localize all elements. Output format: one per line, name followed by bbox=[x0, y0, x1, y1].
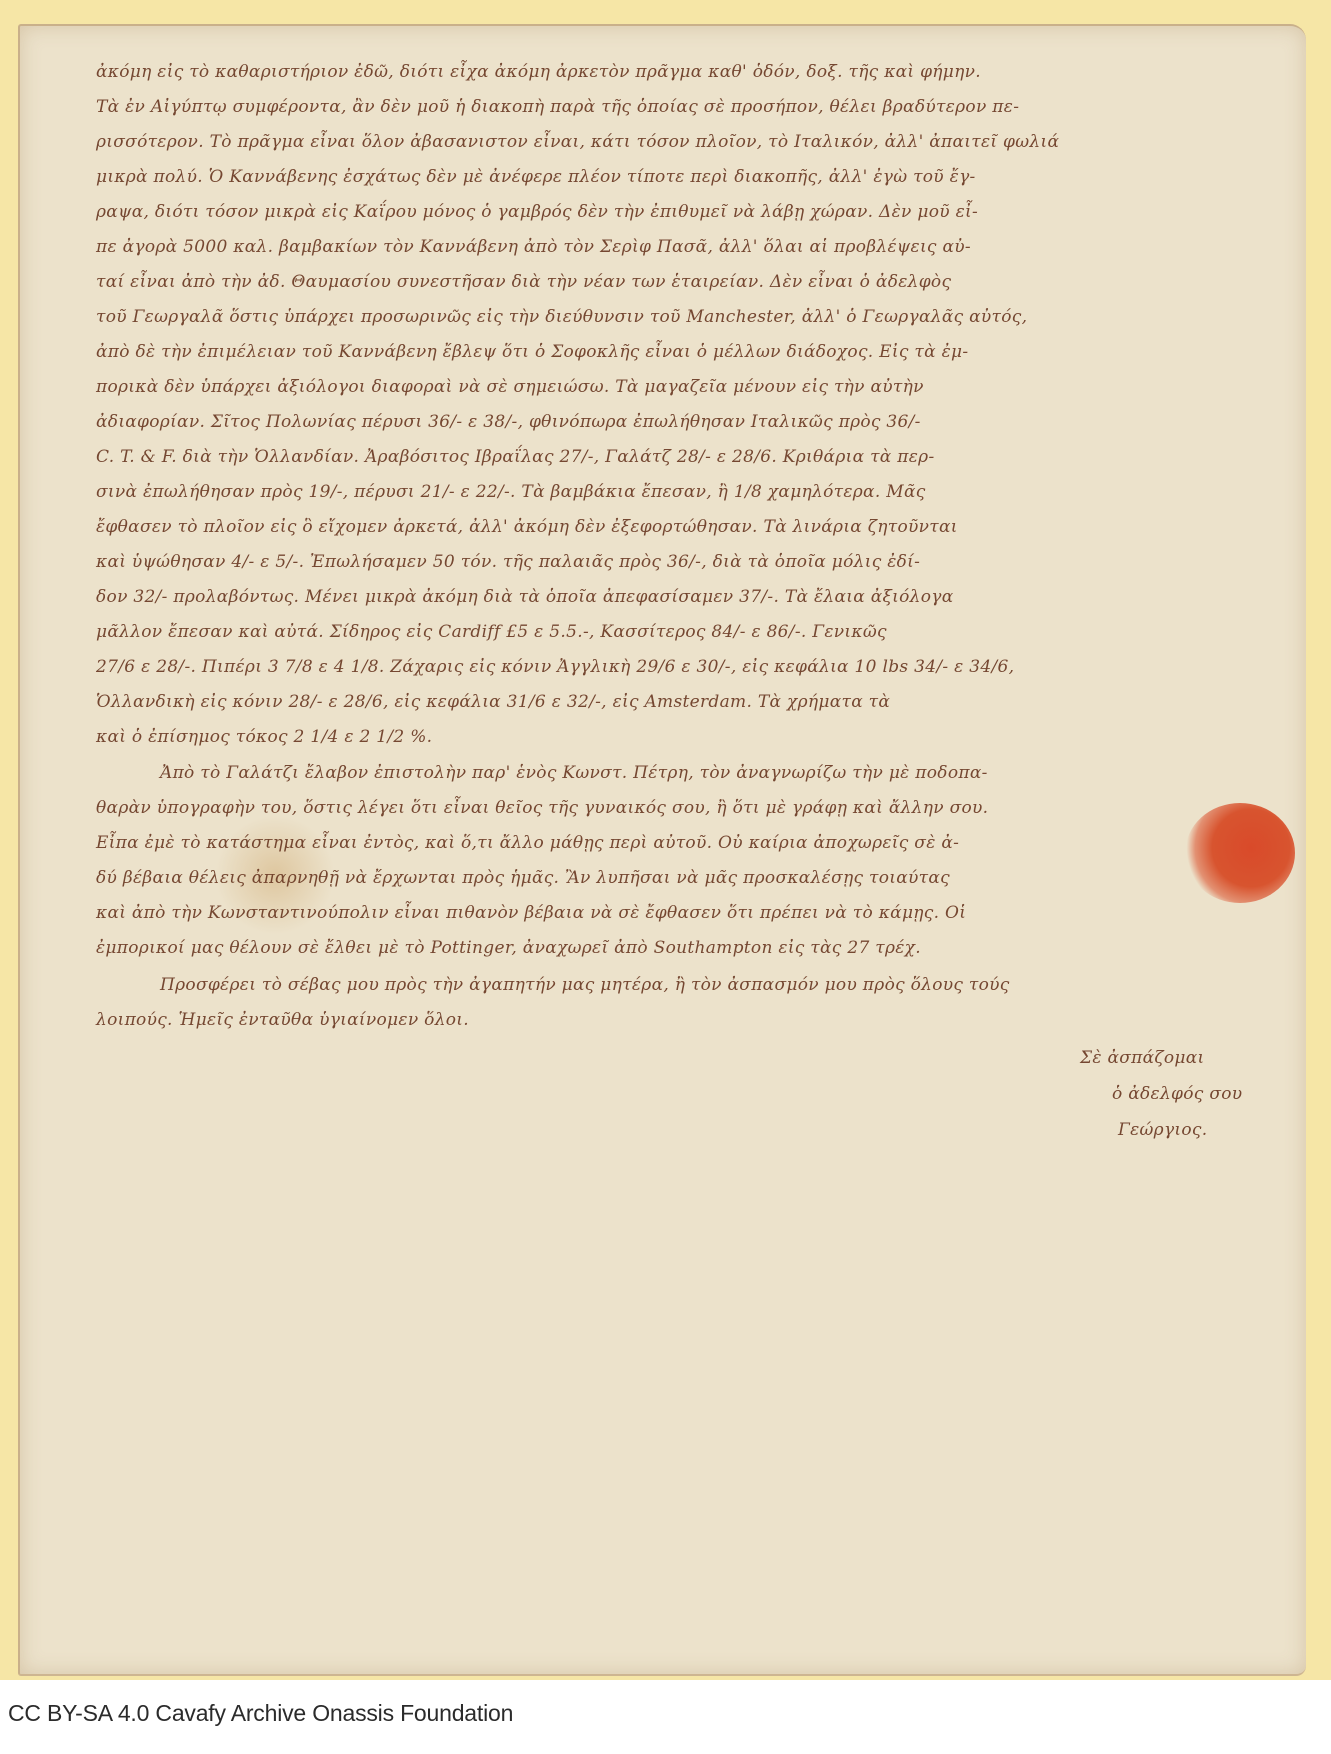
manuscript-line: μᾶλλον ἔπεσαν καὶ αὐτά. Σίδηρος εἰς Card… bbox=[96, 622, 887, 642]
red-wax-seal-mark bbox=[1185, 803, 1295, 903]
manuscript-line: ἀκόμη εἰς τὸ καθαριστήριον ἐδῶ, διότι εἶ… bbox=[96, 62, 981, 82]
license-credit: CC BY-SA 4.0 Cavafy Archive Onassis Foun… bbox=[8, 1700, 513, 1727]
manuscript-line: ραψα, διότι τόσον μικρὰ εἰς Καΐρου μόνος… bbox=[96, 202, 978, 222]
manuscript-line: 27/6 ε 28/-. Πιπέρι 3 7/8 ε 4 1/8. Ζάχαρ… bbox=[96, 657, 1014, 677]
manuscript-line: Ὁλλανδικὴ εἰς κόνιν 28/- ε 28/6, εἰς κεφ… bbox=[96, 692, 890, 712]
manuscript-line: C. T. & F. διὰ τὴν Ὁλλανδίαν. Ἀραβόσιτος… bbox=[96, 447, 935, 467]
manuscript-line: Τὰ ἐν Αἰγύπτῳ συμφέροντα, ἂν δὲν μοῦ ἡ δ… bbox=[96, 97, 1019, 117]
manuscript-line: λοιπούς. Ἡμεῖς ἐνταῦθα ὑγιαίνομεν ὅλοι. bbox=[96, 1010, 469, 1030]
manuscript-line: Εἶπα ἐμὲ τὸ κατάστημα εἶναι ἐντὸς, καὶ ὅ… bbox=[96, 833, 959, 853]
manuscript-line: σινὰ ἐπωλήθησαν πρὸς 19/-, πέρυσι 21/- ε… bbox=[96, 482, 926, 502]
manuscript-line: πορικὰ δὲν ὑπάρχει ἀξιόλογοι διαφοραὶ νὰ… bbox=[96, 377, 924, 397]
manuscript-line: ρισσότερον. Τὸ πρᾶγμα εἶναι ὅλον ἀβασανι… bbox=[96, 132, 1059, 152]
manuscript-line: καὶ ὑψώθησαν 4/- ε 5/-. Ἐπωλήσαμεν 50 τό… bbox=[96, 552, 920, 572]
manuscript-line: μικρὰ πολύ. Ὁ Καννάβενης ἐσχάτως δὲν μὲ … bbox=[96, 167, 976, 187]
manuscript-line: ταί εἶναι ἀπὸ τὴν ἀδ. Θαυμασίου συνεστῆσ… bbox=[96, 272, 951, 292]
manuscript-line: ἀπὸ δὲ τὴν ἐπιμέλειαν τοῦ Καννάβενη ἔβλε… bbox=[96, 342, 968, 362]
signature-line: Γεώργιος. bbox=[1118, 1120, 1207, 1140]
manuscript-line: πε ἀγορὰ 5000 καλ. βαμβακίων τὸν Καννάβε… bbox=[96, 237, 971, 257]
manuscript-line: καὶ ἀπὸ τὴν Κωνσταντινούπολιν εἶναι πιθα… bbox=[96, 903, 966, 923]
manuscript-line: Ἀπὸ τὸ Γαλάτζι ἔλαβον ἐπιστολὴν παρ' ἑνὸ… bbox=[160, 763, 988, 783]
signature-line: Σὲ ἀσπάζομαι bbox=[1080, 1048, 1205, 1068]
signature-line: ὁ ἀδελφός σου bbox=[1112, 1084, 1242, 1104]
manuscript-line: θαρὰν ὑπογραφὴν του, ὅστις λέγει ὅτι εἶν… bbox=[96, 798, 988, 818]
manuscript-line: καὶ ὁ ἐπίσημος τόκος 2 1/4 ε 2 1/2 %. bbox=[96, 727, 432, 747]
manuscript-line: δον 32/- προλαβόντως. Μένει μικρὰ ἀκόμη … bbox=[96, 587, 954, 607]
manuscript-line: ἀδιαφορίαν. Σῖτος Πολωνίας πέρυσι 36/- ε… bbox=[96, 412, 921, 432]
manuscript-line: ἔφθασεν τὸ πλοῖον εἰς ὃ εἴχομεν ἀρκετά, … bbox=[96, 517, 958, 537]
manuscript-line: τοῦ Γεωργαλᾶ ὅστις ὑπάρχει προσωρινῶς εἰ… bbox=[96, 307, 1027, 327]
manuscript-line: Προσφέρει τὸ σέβας μου πρὸς τὴν ἀγαπητήν… bbox=[160, 975, 1010, 995]
manuscript-line: ἐμπορικοί μας θέλουν σὲ ἔλθει μὲ τὸ Pott… bbox=[96, 938, 921, 958]
manuscript-line: δύ βέβαια θέλεις ἀπαρνηθῇ νὰ ἔρχωνται πρ… bbox=[96, 868, 950, 888]
